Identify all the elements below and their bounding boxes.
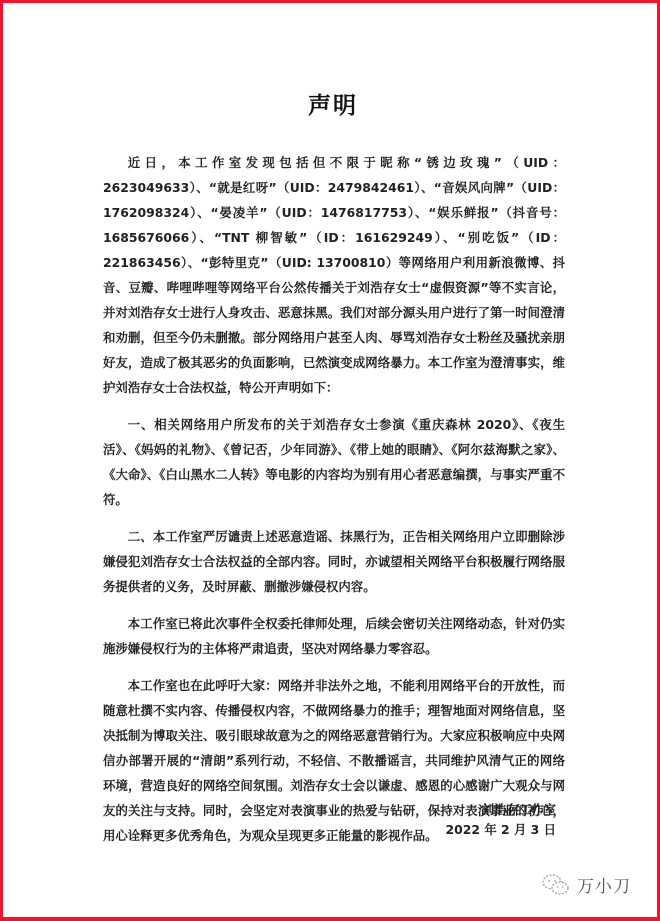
document-body: 近日，本工作室发现包括但不限于昵称“锈边玫瑰”（UID：2623049633）、… [103, 150, 565, 848]
document-frame: 声明 近日，本工作室发现包括但不限于昵称“锈边玫瑰”（UID：262304963… [0, 0, 660, 921]
watermark: 万小刀 [541, 872, 631, 897]
paragraph-legal-action: 本工作室已将此次事件全权委托律师处理，后续会密切关注网络动态，针对仍实施涉嫌侵权… [103, 611, 565, 661]
watermark-text: 万小刀 [577, 872, 631, 897]
paragraph-point-two: 二、本工作室严厉谴责上述恶意造谣、抹黑行为，正告相关网络用户立即删除涉嫌侵犯刘浩… [103, 524, 565, 599]
wechat-icon [541, 873, 571, 897]
signature-date: 2022 年 2 月 3 日 [446, 820, 556, 840]
paragraph-intro: 近日，本工作室发现包括但不限于昵称“锈边玫瑰”（UID：2623049633）、… [103, 150, 565, 400]
signature-block: 刘浩存工作室 2022 年 2 月 3 日 [446, 800, 556, 840]
document-title: 声明 [3, 87, 660, 120]
signature-organization: 刘浩存工作室 [446, 800, 556, 820]
paragraph-point-one: 一、相关网络用户所发布的关于刘浩存女士参演《重庆森林 2020》、《夜生活》、《… [103, 412, 565, 512]
